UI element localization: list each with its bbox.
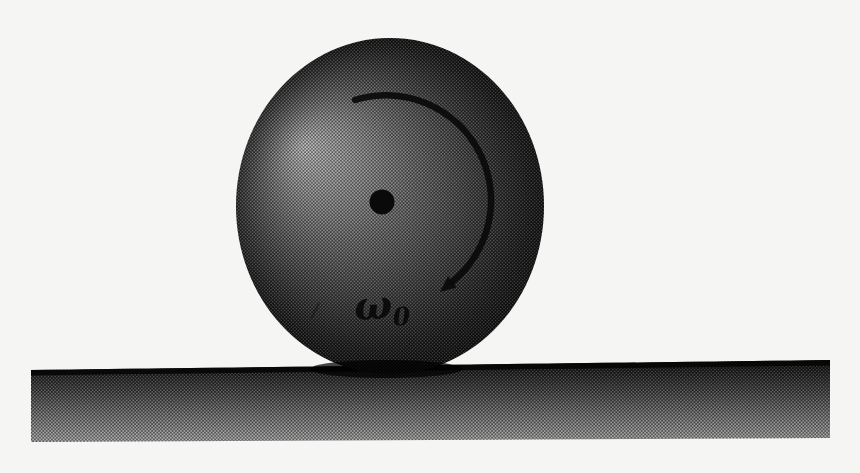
contact-shadow: [310, 360, 462, 378]
physics-figure: ω0: [0, 0, 860, 473]
omega-subscript: 0: [392, 302, 412, 332]
ball-center-dot: [370, 190, 395, 215]
figure-canvas: ω0: [0, 0, 860, 473]
omega-symbol: ω: [352, 281, 393, 331]
